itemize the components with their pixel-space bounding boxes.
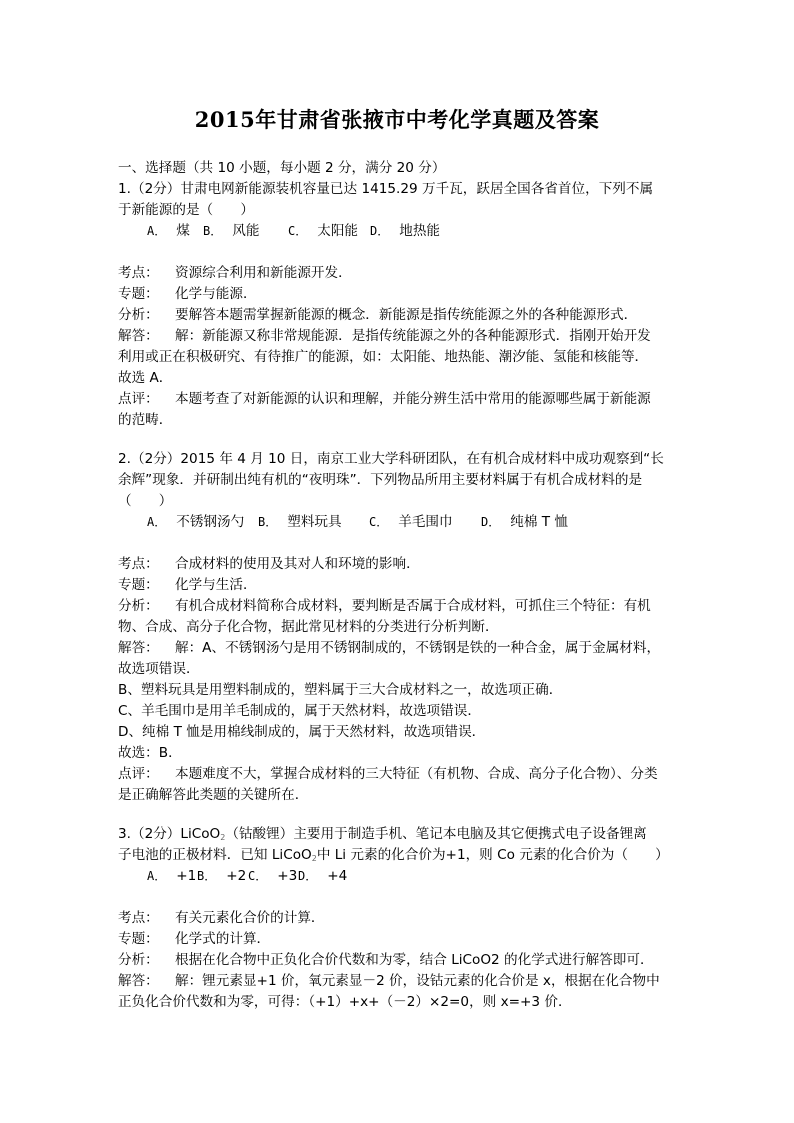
option-b: B．塑料玩具 — [258, 512, 342, 533]
option-a: A．+1 — [147, 866, 196, 887]
option-text: 不锈钢汤勺 — [176, 512, 244, 533]
option-key: D． — [481, 512, 500, 533]
option-text: 羊毛围巾 — [398, 512, 452, 533]
fenxi-row: 分析：要解答本题需掌握新能源的概念．新能源是指传统能源之外的各种能源形式． — [118, 305, 678, 326]
zhuanti-text: 化学与能源． — [175, 286, 257, 302]
dianping-label: 点评： — [118, 764, 175, 785]
zhuanti-row: 专题：化学式的计算． — [118, 929, 678, 950]
stem-text: 3.（2分）LiCoO — [118, 826, 220, 842]
zhuanti-label: 专题： — [118, 284, 175, 305]
kaodian-text: 资源综合利用和新能源开发． — [175, 265, 352, 281]
option-key: B． — [258, 512, 277, 533]
fenxi-label: 分析： — [118, 950, 175, 971]
option-c: C．羊毛围巾 — [369, 512, 453, 533]
kaodian-row: 考点：有关元素化合价的计算． — [118, 908, 678, 929]
option-key: C． — [288, 221, 307, 242]
option-text: 煤 — [176, 221, 190, 242]
zhuanti-text: 化学与生活． — [175, 577, 257, 593]
jieda-row: 解答：解：锂元素显+1 价，氧元素显－2 价，设钴元素的化合价是 x，根据在化合… — [118, 971, 678, 992]
section-heading: 一、选择题（共 10 小题，每小题 2 分，满分 20 分） — [118, 158, 678, 179]
option-b: B．+2 — [197, 866, 246, 887]
option-key: D． — [298, 866, 317, 887]
jieda-row: 解答：解：A、不锈钢汤勺是用不锈钢制成的，不锈钢是铁的一种合金，属于金属材料， — [118, 638, 678, 659]
option-key: A． — [147, 866, 166, 887]
option-text: +1 — [176, 866, 196, 887]
kaodian-label: 考点： — [118, 908, 175, 929]
dianping-continuation: 的范畴． — [118, 410, 678, 431]
option-c: C．+3 — [248, 866, 297, 887]
jieda-label: 解答： — [118, 326, 175, 347]
fenxi-text: 要解答本题需掌握新能源的概念．新能源是指传统能源之外的各种能源形式． — [175, 307, 637, 323]
option-b: B．风能 — [203, 221, 259, 242]
question-stem-line: 1.（2分）甘肃电网新能源装机容量已达 1415.29 万千瓦，跃居全国各省首位… — [118, 179, 678, 200]
fenxi-text: 根据在化合物中正负化合价代数和为零，结合 LiCoO2 的化学式进行解答即可． — [175, 952, 654, 968]
option-a: A．煤 — [147, 221, 190, 242]
option-text: 风能 — [232, 221, 259, 242]
fenxi-row: 分析：有机合成材料简称合成材料，要判断是否属于合成材料，可抓住三个特征：有机 — [118, 596, 678, 617]
zhuanti-label: 专题： — [118, 575, 175, 596]
option-text: +3 — [277, 866, 297, 887]
option-key: C． — [248, 866, 267, 887]
jieda-continuation: 故选 A． — [118, 368, 678, 389]
kaodian-text: 有关元素化合价的计算． — [175, 910, 325, 926]
document-page: 2015年甘肃省张掖市中考化学真题及答案 一、选择题（共 10 小题，每小题 2… — [0, 0, 794, 1123]
fenxi-label: 分析： — [118, 305, 175, 326]
option-text: 地热能 — [399, 221, 440, 242]
stem-text: 子电池的正极材料．已知 LiCoO — [118, 847, 312, 863]
jieda-continuation: 利用或正在积极研究、有待推广的能源，如：太阳能、地热能、潮汐能、氢能和核能等． — [118, 347, 678, 368]
zhuanti-row: 专题：化学与生活． — [118, 575, 678, 596]
jieda-continuation: 故选项错误． — [118, 659, 678, 680]
jieda-row: 解答：解：新能源又称非常规能源．是指传统能源之外的各种能源形式．指刚开始开发 — [118, 326, 678, 347]
dianping-label: 点评： — [118, 389, 175, 410]
zhuanti-row: 专题：化学与能源． — [118, 284, 678, 305]
question-stem-line: 2.（2分）2015 年 4 月 10 日，南京工业大学科研团队，在有机合成材料… — [118, 449, 678, 470]
option-key: A． — [147, 512, 166, 533]
zhuanti-label: 专题： — [118, 929, 175, 950]
option-d: D．地热能 — [370, 221, 440, 242]
kaodian-label: 考点： — [118, 263, 175, 284]
zhuanti-text: 化学式的计算． — [175, 931, 270, 947]
kaodian-label: 考点： — [118, 554, 175, 575]
option-text: +4 — [327, 866, 347, 887]
fenxi-continuation: 物、合成、高分子化合物，据此常见材料的分类进行分析判断． — [118, 617, 678, 638]
option-key: A． — [147, 221, 166, 242]
question-stem-line: 于新能源的是（ ） — [118, 200, 678, 221]
option-key: D． — [370, 221, 389, 242]
jieda-text: 解：A、不锈钢汤勺是用不锈钢制成的，不锈钢是铁的一种合金，属于金属材料， — [175, 640, 660, 656]
jieda-continuation: C、羊毛围巾是用羊毛制成的，属于天然材料，故选项错误． — [118, 701, 678, 722]
option-text: 纯棉 T 恤 — [510, 512, 568, 533]
dianping-row: 点评：本题难度不大，掌握合成材料的三大特征（有机物、合成、高分子化合物）、分类 — [118, 764, 678, 785]
jieda-text: 解：新能源又称非常规能源．是指传统能源之外的各种能源形式．指刚开始开发 — [175, 328, 651, 344]
option-key: B． — [197, 866, 216, 887]
option-text: +2 — [226, 866, 246, 887]
fenxi-row: 分析：根据在化合物中正负化合价代数和为零，结合 LiCoO2 的化学式进行解答即… — [118, 950, 678, 971]
question-stem-line: （ ） — [118, 491, 678, 512]
fenxi-label: 分析： — [118, 596, 175, 617]
option-text: 塑料玩具 — [287, 512, 341, 533]
question-stem-line: 余辉”现象．并研制出纯有机的“夜明珠”．下列物品所用主要材料属于有机合成材料的是 — [118, 470, 678, 491]
jieda-continuation: D、纯棉 T 恤是用棉线制成的，属于天然材料，故选项错误． — [118, 722, 678, 743]
option-text: 太阳能 — [317, 221, 358, 242]
option-key: C． — [369, 512, 388, 533]
option-key: B． — [203, 221, 222, 242]
fenxi-text: 有机合成材料简称合成材料，要判断是否属于合成材料，可抓住三个特征：有机 — [175, 598, 651, 614]
jieda-continuation: B、塑料玩具是用塑料制成的，塑料属于三大合成材料之一，故选项正确． — [118, 680, 678, 701]
option-c: C．太阳能 — [288, 221, 358, 242]
kaodian-text: 合成材料的使用及其对人和环境的影响． — [175, 556, 420, 572]
option-d: D．纯棉 T 恤 — [481, 512, 568, 533]
jieda-continuation: 故选：B． — [118, 743, 678, 764]
dianping-row: 点评：本题考查了对新能源的认识和理解，并能分辨生活中常用的能源哪些属于新能源 — [118, 389, 678, 410]
dianping-text: 本题难度不大，掌握合成材料的三大特征（有机物、合成、高分子化合物）、分类 — [175, 766, 658, 782]
kaodian-row: 考点：合成材料的使用及其对人和环境的影响． — [118, 554, 678, 575]
kaodian-row: 考点：资源综合利用和新能源开发． — [118, 263, 678, 284]
document-title: 2015年甘肃省张掖市中考化学真题及答案 — [0, 104, 794, 134]
stem-text: （钴酸锂）主要用于制造手机、笔记本电脑及其它便携式电子设备锂离 — [225, 826, 646, 842]
jieda-label: 解答： — [118, 638, 175, 659]
jieda-continuation: 正负化合价代数和为零，可得：（+1）+x+（－2）×2=0，则 x=+3 价． — [118, 992, 678, 1013]
option-d: D．+4 — [298, 866, 347, 887]
dianping-continuation: 是正确解答此类题的关键所在． — [118, 785, 678, 806]
option-a: A．不锈钢汤勺 — [147, 512, 244, 533]
jieda-text: 解：锂元素显+1 价，氧元素显－2 价，设钴元素的化合价是 x，根据在化合物中 — [175, 973, 660, 989]
dianping-text: 本题考查了对新能源的认识和理解，并能分辨生活中常用的能源哪些属于新能源 — [175, 391, 651, 407]
jieda-label: 解答： — [118, 971, 175, 992]
stem-text: 中 Li 元素的化合价为+1，则 Co 元素的化合价为（ ） — [317, 847, 669, 863]
